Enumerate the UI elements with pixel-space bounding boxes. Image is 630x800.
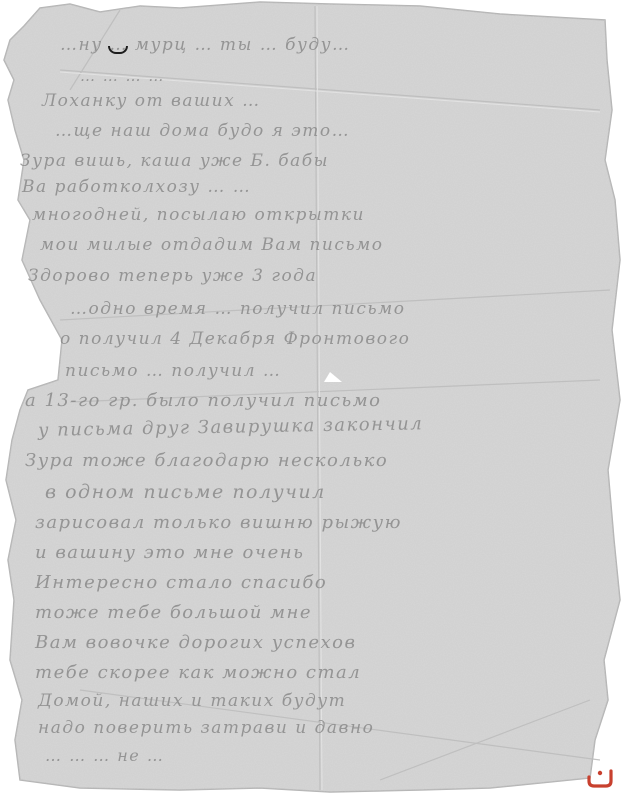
handwritten-line: мои милые отдадим Вам письмо — [40, 235, 383, 255]
handwritten-line: о получил 4 Декабря Фронтового — [60, 329, 410, 349]
handwritten-line: Домой, наших и таких будут — [38, 691, 346, 711]
handwritten-line: многодней, посылаю открытки — [32, 205, 365, 225]
handwritten-line: зарисовал только вишню рыжую — [35, 512, 402, 533]
handwritten-line: Интересно стало спасибо — [35, 572, 327, 593]
handwritten-line: письмо … получил … — [65, 361, 281, 381]
paper-tear-hole — [322, 370, 344, 386]
smile-logo-icon — [585, 765, 615, 789]
handwritten-line: и вашину это мне очень — [35, 542, 304, 563]
handwritten-line: Здорово теперь уже 3 года — [28, 266, 317, 286]
handwritten-text: …ну … мурц … ты … буду…… … … …Лоханку от… — [0, 0, 630, 800]
handwritten-line: тебе скорее как можно стал — [35, 662, 361, 683]
handwritten-line: Зура вишь, каша уже Б. бабы — [20, 151, 329, 171]
handwritten-line: а 13-го гр. было получил письмо — [25, 390, 381, 411]
handwritten-line: …одно время … получил письмо — [70, 299, 405, 319]
handwritten-line: у письма друг Завирушка закончил — [38, 413, 424, 441]
letter-scan: …ну … мурц … ты … буду…… … … …Лоханку от… — [0, 0, 630, 800]
handwritten-line: Зура тоже благодарю несколько — [25, 450, 388, 471]
handwritten-line: … … … … — [80, 67, 165, 85]
handwritten-line: Ва работколхозу … … — [22, 177, 251, 197]
handwritten-line: …ну … мурц … ты … буду… — [60, 35, 351, 55]
handwritten-line: тоже тебе большой мне — [35, 602, 312, 623]
handwritten-line: Лоханку от ваших … — [42, 91, 261, 111]
handwritten-line: надо поверить затрави и давно — [38, 718, 374, 738]
handwritten-line: Вам вовочке дорогих успехов — [35, 632, 356, 653]
handwritten-line: … … … не … — [45, 746, 164, 765]
handwritten-line: …ще наш дома будо я это… — [55, 121, 350, 141]
handwritten-line: в одном письме получил — [45, 481, 326, 503]
